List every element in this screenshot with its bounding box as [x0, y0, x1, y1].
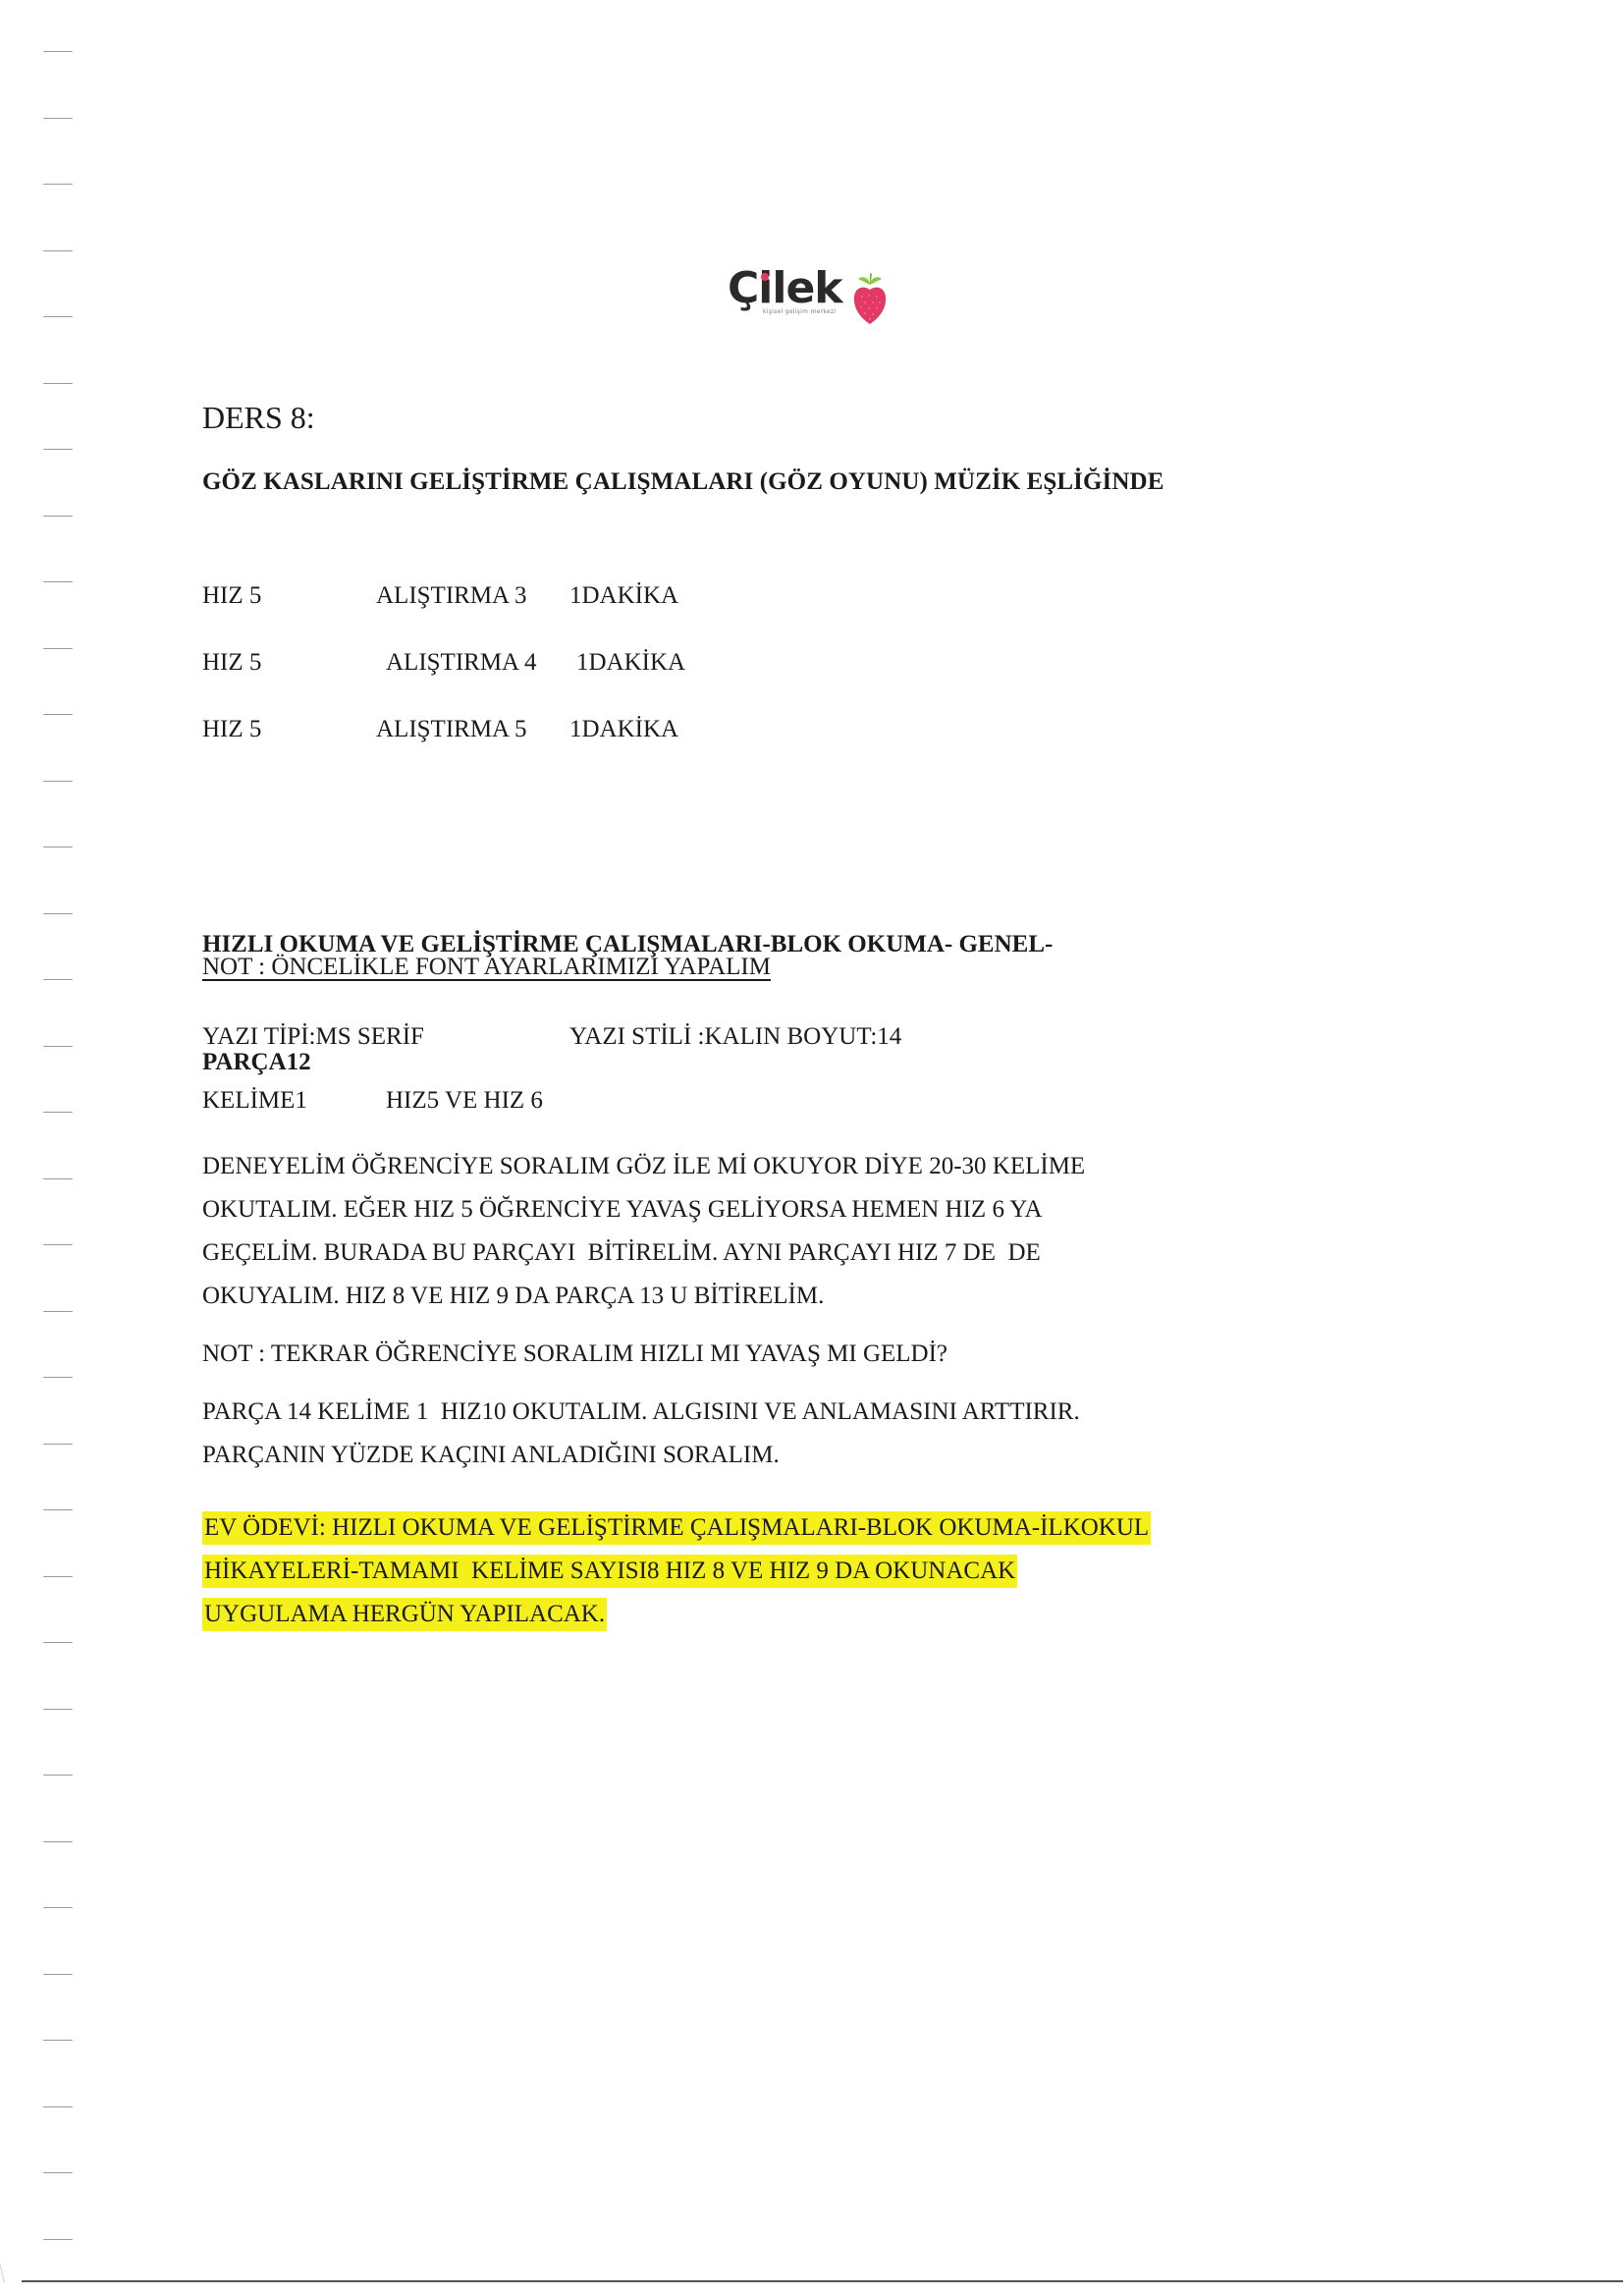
cilek-logo: Çilek kişisel gelişim merkezi [728, 265, 888, 326]
margin-punch-mark [43, 1775, 73, 1776]
homework-line: UYGULAMA HERGÜN YAPILACAK. [202, 1598, 607, 1631]
logo-i-dot [761, 273, 769, 281]
margin-punch-mark [43, 581, 73, 582]
document-page: Çilek kişisel gelişim merkezi DERS 8: GÖ… [0, 0, 1623, 2296]
margin-punch-mark [43, 2172, 73, 2173]
margin-punch-mark [43, 1974, 73, 1975]
margin-punch-mark [43, 51, 73, 52]
homework-line: EV ÖDEVİ: HIZLI OKUMA VE GELİŞTİRME ÇALI… [202, 1511, 1151, 1545]
instruction-paragraph: DENEYELİM ÖĞRENCİYE SORALIM GÖZ İLE Mİ O… [202, 1145, 1085, 1318]
logo-brand-label: Çilek [728, 263, 842, 313]
note-font-settings: NOT : ÖNCELİKLE FONT AYARLARIMIZI YAPALI… [202, 951, 771, 984]
paragraph-line: PARÇA 14 KELİME 1 HIZ10 OKUTALIM. ALGISI… [202, 1391, 1080, 1434]
margin-punch-mark [43, 1244, 73, 1245]
section-heading-speed-reading: HIZLI OKUMA VE GELİŞTİRME ÇALIŞMALARI-BL… [202, 847, 1053, 1161]
margin-punch-mark [43, 714, 73, 715]
margin-punch-mark [43, 2040, 73, 2041]
margin-punch-mark [43, 1046, 73, 1047]
margin-punch-mark [43, 1311, 73, 1312]
margin-punch-mark [43, 516, 73, 517]
paragraph-line: OKUYALIM. HIZ 8 VE HIZ 9 DA PARÇA 13 U B… [202, 1275, 1085, 1318]
exercise-duration: 1DAKİKA [569, 715, 678, 744]
margin-punch-mark [43, 250, 73, 251]
margin-punch-mark [43, 1112, 73, 1113]
font-type: YAZI TİPİ:MS SERİF [202, 1020, 424, 1054]
margin-punch-mark [43, 184, 73, 185]
strawberry-icon [852, 271, 888, 326]
word-count: KELİME1 [202, 1084, 307, 1118]
margin-punch-mark [43, 1377, 73, 1378]
margin-punch-mark [43, 1509, 73, 1510]
exercise-speed: HIZ 5 [202, 648, 261, 678]
scan-bottom-edge [22, 2280, 1623, 2282]
exercise-speed: HIZ 5 [202, 581, 261, 611]
comprehension-paragraph: PARÇA 14 KELİME 1 HIZ10 OKUTALIM. ALGISI… [202, 1391, 1080, 1477]
margin-punch-mark [43, 1907, 73, 1908]
exercise-name: ALIŞTIRMA 5 [376, 715, 526, 744]
margin-punch-mark [43, 1642, 73, 1643]
scan-corner-fold [0, 2200, 28, 2282]
margin-punch-mark [43, 1841, 73, 1842]
margin-punch-mark [43, 118, 73, 119]
margin-punch-mark [43, 1576, 73, 1577]
margin-punch-mark [43, 2106, 73, 2107]
margin-punch-mark [43, 449, 73, 450]
margin-punch-mark [43, 847, 73, 847]
exercise-duration: 1DAKİKA [569, 581, 678, 611]
homework-block: EV ÖDEVİ: HIZLI OKUMA VE GELİŞTİRME ÇALI… [202, 1506, 1151, 1636]
margin-punch-mark [43, 1178, 73, 1179]
paragraph-line: DENEYELİM ÖĞRENCİYE SORALIM GÖZ İLE Mİ O… [202, 1145, 1085, 1188]
lesson-title: DERS 8: [202, 398, 315, 437]
logo-brand-text: Çilek [728, 265, 842, 312]
font-style-size: YAZI STİLİ :KALIN BOYUT:14 [569, 1020, 901, 1054]
paragraph-line: PARÇANIN YÜZDE KAÇINI ANLADIĞINI SORALIM… [202, 1434, 1080, 1477]
speed-levels: HIZ5 VE HIZ 6 [386, 1084, 543, 1118]
margin-punch-mark [43, 781, 73, 782]
exercise-name: ALIŞTIRMA 4 [386, 648, 536, 678]
margin-punch-mark [43, 648, 73, 649]
exercise-duration: 1DAKİKA [576, 648, 685, 678]
margin-punch-mark [43, 1444, 73, 1445]
margin-punch-mark [43, 316, 73, 317]
paragraph-line: GEÇELİM. BURADA BU PARÇAYI BİTİRELİM. AY… [202, 1231, 1085, 1275]
margin-punch-mark [43, 2239, 73, 2240]
margin-punch-mark [43, 913, 73, 914]
exercise-name: ALIŞTIRMA 3 [376, 581, 526, 611]
paragraph-line: OKUTALIM. EĞER HIZ 5 ÖĞRENCİYE YAVAŞ GEL… [202, 1188, 1085, 1231]
margin-punch-mark [43, 383, 73, 384]
margin-punch-mark [43, 979, 73, 980]
section-heading-eye-muscles: GÖZ KASLARINI GELİŞTİRME ÇALIŞMALARI (GÖ… [202, 465, 1163, 499]
homework-line: HİKAYELERİ-TAMAMI KELİME SAYISI8 HIZ 8 V… [202, 1555, 1017, 1588]
exercise-speed: HIZ 5 [202, 715, 261, 744]
margin-punch-mark [43, 1709, 73, 1710]
note-repeat-question: NOT : TEKRAR ÖĞRENCİYE SORALIM HIZLI MI … [202, 1338, 947, 1371]
